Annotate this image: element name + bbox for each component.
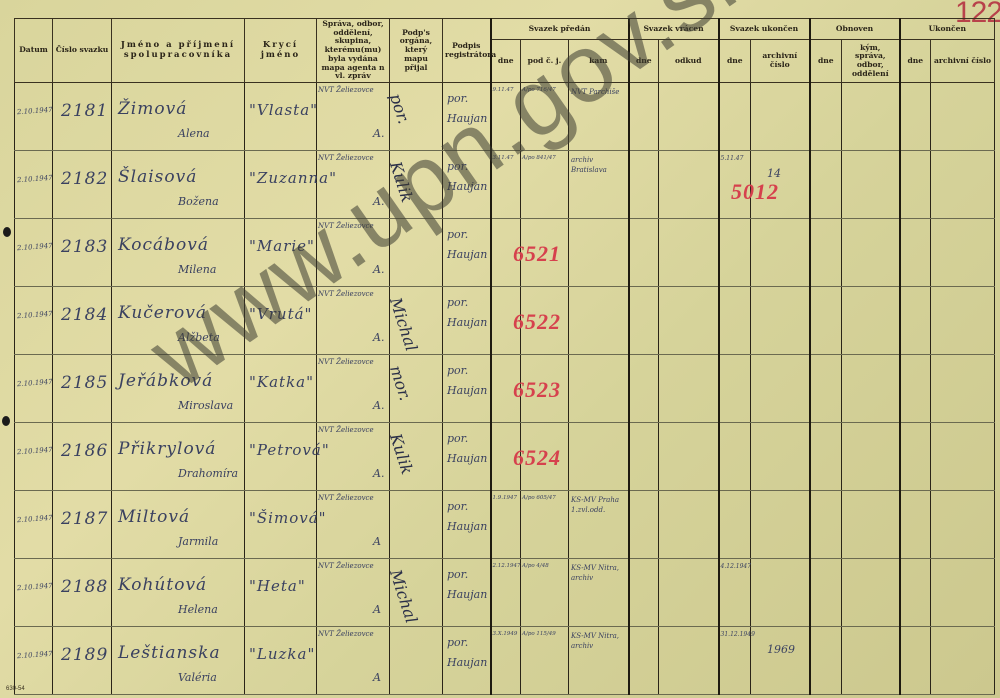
cell-vracen-odkud <box>659 423 719 491</box>
cell-podpis-organu: mor. <box>390 355 443 423</box>
red-stamp-number: 6521 <box>513 241 561 267</box>
datum-value: 2.10.1947 <box>17 242 53 252</box>
cell-podpis-organu <box>390 627 443 695</box>
registrator-value: por. Haujan <box>447 497 487 537</box>
cell-predan-kam <box>569 355 629 423</box>
punch-hole <box>2 416 10 426</box>
cell-ukoncen-dne: 31.12.1949 <box>719 627 751 695</box>
signature: Kulik <box>386 431 417 477</box>
header-svazek-predan: Svazek předán <box>491 19 629 40</box>
cell-predan-cj: 6523 <box>521 355 569 423</box>
cell-kryci: "Zuzanna" <box>245 151 317 219</box>
cell-ukoncen2-cislo <box>931 151 995 219</box>
ukoncen-dne-value: 5.11.47 <box>721 155 744 162</box>
header-ukoncen: Ukončen <box>900 19 995 40</box>
cell-jmeno: Přikrylová Drahomíra <box>112 423 245 491</box>
sprava-suffix: A. <box>373 331 384 344</box>
cell-vracen-odkud <box>659 355 719 423</box>
header-predan-dne: dne <box>491 40 521 83</box>
firstname-value: Jarmila <box>178 535 218 548</box>
cell-ukoncen2-cislo <box>931 219 995 287</box>
registrator-value: por. Haujan <box>447 157 487 197</box>
cell-obnoven-kym <box>842 559 900 627</box>
punch-hole <box>3 227 11 237</box>
cell-ukoncen2-dne <box>900 219 931 287</box>
datum-value: 2.10.1947 <box>17 514 53 524</box>
cell-jmeno: Kocábová Milena <box>112 219 245 287</box>
signature: mor. <box>386 363 415 403</box>
cell-jmeno: Kohútová Helena <box>112 559 245 627</box>
cell-podpis-organu: Michal <box>390 559 443 627</box>
cell-datum: 2.10.1947 <box>15 287 53 355</box>
header-jmeno: Jméno a příjmení spolupracovníka <box>112 19 245 83</box>
cell-predan-kam: KS-MV Nitra, archiv <box>569 627 629 695</box>
header-vracen-odkud: odkud <box>659 40 719 83</box>
predan-dne-value: 3.11.47 <box>493 155 514 161</box>
surname-value: Žimová <box>118 99 187 119</box>
predan-kam-value: KS-MV Nitra, archiv <box>571 631 627 651</box>
cell-obnoven-kym <box>842 83 900 151</box>
cell-registrator: por. Haujan <box>443 151 491 219</box>
cell-ukoncen-dne <box>719 423 751 491</box>
cell-obnoven-dne <box>810 151 842 219</box>
cell-vracen-dne <box>629 559 659 627</box>
cell-cislo: 2183 <box>53 219 112 287</box>
codename-value: "Vrutá" <box>249 305 312 323</box>
cell-ukoncen-dne <box>719 491 751 559</box>
cell-sprava: NVT Želiezovce A <box>317 559 390 627</box>
cell-ukoncen-cislo <box>751 559 810 627</box>
cell-predan-cj: 6524 <box>521 423 569 491</box>
header-ukoncen2-dne: dne <box>900 40 931 83</box>
sprava-suffix: A. <box>373 263 384 276</box>
cell-ukoncen-cislo: 14 <box>751 151 810 219</box>
sprava-suffix: A <box>373 603 381 616</box>
cislo-value: 2185 <box>61 373 108 393</box>
cell-ukoncen2-cislo <box>931 627 995 695</box>
cell-ukoncen-dne <box>719 219 751 287</box>
red-stamp-number: 6522 <box>513 309 561 335</box>
register-grid: Datum Číslo svazku Jméno a příjmení spol… <box>14 18 995 695</box>
cell-kryci: "Luzka" <box>245 627 317 695</box>
firstname-value: Valéria <box>178 671 217 684</box>
surname-value: Leštianska <box>118 643 221 663</box>
cell-datum: 2.10.1947 <box>15 151 53 219</box>
table-row: 2.10.1947 2188 Kohútová Helena "Heta" NV… <box>15 559 995 627</box>
surname-value: Šlaisová <box>118 167 197 187</box>
sprava-suffix: A. <box>373 467 384 480</box>
header-svazek-ukoncen: Svazek ukončen <box>719 19 810 40</box>
firstname-value: Božena <box>178 195 219 208</box>
datum-value: 2.10.1947 <box>17 174 53 184</box>
cell-vracen-odkud <box>659 287 719 355</box>
cell-obnoven-kym <box>842 219 900 287</box>
cell-cislo: 2186 <box>53 423 112 491</box>
cell-predan-cj: A/po 841/47 5012 <box>521 151 569 219</box>
registrator-value: por. Haujan <box>447 361 487 401</box>
table-row: 2.10.1947 2189 Leštianska Valéria "Luzka… <box>15 627 995 695</box>
cell-sprava: NVT Želiezovce A. <box>317 355 390 423</box>
cell-predan-cj: 6521 <box>521 219 569 287</box>
predan-kam-value: archiv Bratislava <box>571 155 627 175</box>
cell-obnoven-dne <box>810 355 842 423</box>
ukoncen-cislo-value: 1969 <box>767 643 795 656</box>
cell-registrator: por. Haujan <box>443 287 491 355</box>
cell-ukoncen-cislo <box>751 83 810 151</box>
cell-predan-cj: 6522 <box>521 287 569 355</box>
table-row: 2.10.1947 2187 Miltová Jarmila "Šimová" … <box>15 491 995 559</box>
datum-value: 2.10.1947 <box>17 378 53 388</box>
firstname-value: Alena <box>178 127 210 140</box>
predan-dne-value: 9.11.47 <box>493 87 514 93</box>
cell-datum: 2.10.1947 <box>15 627 53 695</box>
red-stamp-number: 6523 <box>513 377 561 403</box>
cell-ukoncen2-cislo <box>931 423 995 491</box>
cell-ukoncen-cislo <box>751 287 810 355</box>
cell-predan-dne: 1.9.1947 <box>491 491 521 559</box>
cell-jmeno: Šlaisová Božena <box>112 151 245 219</box>
cislo-value: 2189 <box>61 645 108 665</box>
cell-datum: 2.10.1947 <box>15 219 53 287</box>
datum-value: 2.10.1947 <box>17 310 53 320</box>
cell-ukoncen2-dne <box>900 491 931 559</box>
cell-registrator: por. Haujan <box>443 627 491 695</box>
cell-datum: 2.10.1947 <box>15 491 53 559</box>
firstname-value: Milena <box>178 263 216 276</box>
cell-sprava: NVT Želiezovce A. <box>317 83 390 151</box>
cell-sprava: NVT Želiezovce A. <box>317 423 390 491</box>
cell-ukoncen2-dne <box>900 83 931 151</box>
cell-datum: 2.10.1947 <box>15 559 53 627</box>
cell-datum: 2.10.1947 <box>15 83 53 151</box>
header-ukoncen-archivni-cislo: archivní číslo <box>751 40 810 83</box>
cell-jmeno: Kučerová Alžbeta <box>112 287 245 355</box>
cell-predan-cj: A/po 4/48 <box>521 559 569 627</box>
cell-predan-kam: NVT Parchiše <box>569 83 629 151</box>
cislo-value: 2186 <box>61 441 108 461</box>
cell-podpis-organu: Michal <box>390 287 443 355</box>
cell-kryci: "Katka" <box>245 355 317 423</box>
surname-value: Jeřábková <box>118 371 213 391</box>
signature: Michal <box>386 295 421 354</box>
cell-ukoncen2-cislo <box>931 287 995 355</box>
predan-cj-value: A/po 115/49 <box>522 631 556 637</box>
cell-vracen-dne <box>629 151 659 219</box>
predan-kam-value: KS-MV Praha 1.zvl.odd. <box>571 495 627 515</box>
header-vracen-dne: dne <box>629 40 659 83</box>
cell-ukoncen-dne <box>719 83 751 151</box>
datum-value: 2.10.1947 <box>17 582 53 592</box>
cell-sprava: NVT Želiezovce A. <box>317 151 390 219</box>
cell-kryci: "Vlasta" <box>245 83 317 151</box>
sprava-value: NVT Želiezovce <box>318 562 374 570</box>
cell-kryci: "Šimová" <box>245 491 317 559</box>
predan-cj-value: A/po 4/48 <box>522 563 549 569</box>
firstname-value: Alžbeta <box>178 331 220 344</box>
signature: Kulik <box>386 159 417 205</box>
registrator-value: por. Haujan <box>447 429 487 469</box>
cell-predan-kam: KS-MV Praha 1.zvl.odd. <box>569 491 629 559</box>
surname-value: Kocábová <box>118 235 209 255</box>
cell-cislo: 2187 <box>53 491 112 559</box>
cell-jmeno: Žimová Alena <box>112 83 245 151</box>
sprava-value: NVT Želiezovce <box>318 290 374 298</box>
header-svazek-vracen: Svazek vrácen <box>629 19 719 40</box>
cell-ukoncen2-cislo <box>931 491 995 559</box>
cell-predan-kam <box>569 423 629 491</box>
cell-datum: 2.10.1947 <box>15 355 53 423</box>
firstname-value: Miroslava <box>178 399 233 412</box>
sprava-value: NVT Želiezovce <box>318 494 374 502</box>
cell-ukoncen2-cislo <box>931 83 995 151</box>
cell-vracen-odkud <box>659 83 719 151</box>
ukoncen-dne-value: 4.12.1947 <box>721 563 752 570</box>
header-ukoncen2-archivni-cislo: archivní číslo <box>931 40 995 83</box>
table-row: 2.10.1947 2185 Jeřábková Miroslava "Katk… <box>15 355 995 423</box>
sprava-value: NVT Želiezovce <box>318 154 374 162</box>
cell-predan-dne: 3.11.47 <box>491 151 521 219</box>
table-row: 2.10.1947 2186 Přikrylová Drahomíra "Pet… <box>15 423 995 491</box>
datum-value: 2.10.1947 <box>17 106 53 116</box>
cell-obnoven-kym <box>842 491 900 559</box>
sprava-value: NVT Želiezovce <box>318 426 374 434</box>
predan-dne-value: 1.9.1947 <box>493 495 518 501</box>
cell-cislo: 2181 <box>53 83 112 151</box>
cell-cislo: 2185 <box>53 355 112 423</box>
header-cislo-svazku: Číslo svazku <box>53 19 112 83</box>
sprava-value: NVT Želiezovce <box>318 86 374 94</box>
cell-obnoven-kym <box>842 627 900 695</box>
cell-vracen-odkud <box>659 151 719 219</box>
cislo-value: 2181 <box>61 101 108 121</box>
cell-vracen-dne <box>629 491 659 559</box>
sprava-suffix: A <box>373 535 381 548</box>
cell-jmeno: Miltová Jarmila <box>112 491 245 559</box>
cell-predan-kam <box>569 219 629 287</box>
cell-ukoncen2-dne <box>900 423 931 491</box>
cell-kryci: "Marie" <box>245 219 317 287</box>
signature: Michal <box>386 567 421 626</box>
predan-cj-value: A/po 716/47 <box>522 87 556 93</box>
cell-registrator: por. Haujan <box>443 83 491 151</box>
cislo-value: 2188 <box>61 577 108 597</box>
codename-value: "Šimová" <box>249 509 327 527</box>
cell-predan-cj: A/po 605/47 <box>521 491 569 559</box>
cell-obnoven-dne <box>810 83 842 151</box>
cell-ukoncen-cislo <box>751 423 810 491</box>
cell-registrator: por. Haujan <box>443 491 491 559</box>
cell-predan-dne: 2.12.1947 <box>491 559 521 627</box>
cell-podpis-organu: por. <box>390 83 443 151</box>
sprava-value: NVT Želiezovce <box>318 630 374 638</box>
cell-vracen-dne <box>629 627 659 695</box>
cell-vracen-dne <box>629 423 659 491</box>
cell-sprava: NVT Želiezovce A. <box>317 287 390 355</box>
header-datum: Datum <box>15 19 53 83</box>
codename-value: "Katka" <box>249 373 314 391</box>
datum-value: 2.10.1947 <box>17 446 53 456</box>
header-obnoven-kym: kým, správa, odbor, oddělení <box>842 40 900 83</box>
cell-registrator: por. Haujan <box>443 423 491 491</box>
surname-value: Miltová <box>118 507 190 527</box>
cell-ukoncen-dne: 4.12.1947 <box>719 559 751 627</box>
surname-value: Přikrylová <box>118 439 216 459</box>
cell-obnoven-dne <box>810 423 842 491</box>
red-stamp-number: 6524 <box>513 445 561 471</box>
cell-obnoven-kym <box>842 423 900 491</box>
registrator-value: por. Haujan <box>447 565 487 605</box>
cell-ukoncen-dne <box>719 355 751 423</box>
cell-podpis-organu <box>390 219 443 287</box>
header-obnoven: Obnoven <box>810 19 900 40</box>
codename-value: "Marie" <box>249 237 315 255</box>
cell-vracen-dne <box>629 219 659 287</box>
cell-obnoven-dne <box>810 559 842 627</box>
surname-value: Kučerová <box>118 303 207 323</box>
cell-predan-cj: A/po 716/47 <box>521 83 569 151</box>
cell-ukoncen2-cislo <box>931 559 995 627</box>
cell-ukoncen-cislo: 1969 <box>751 627 810 695</box>
cell-predan-kam <box>569 287 629 355</box>
cell-vracen-dne <box>629 287 659 355</box>
cislo-value: 2182 <box>61 169 108 189</box>
header-podpis-organu: Podp's orgána, který mapu přijal <box>390 19 443 83</box>
sprava-value: NVT Želiezovce <box>318 358 374 366</box>
sprava-suffix: A. <box>373 195 384 208</box>
cell-datum: 2.10.1947 <box>15 423 53 491</box>
cell-podpis-organu: Kulik <box>390 151 443 219</box>
cell-ukoncen2-dne <box>900 627 931 695</box>
codename-value: "Vlasta" <box>249 101 318 119</box>
cell-predan-dne: 9.11.47 <box>491 83 521 151</box>
registrator-value: por. Haujan <box>447 225 487 265</box>
cell-vracen-dne <box>629 83 659 151</box>
cell-vracen-odkud <box>659 559 719 627</box>
table-row: 2.10.1947 2183 Kocábová Milena "Marie" N… <box>15 219 995 287</box>
sprava-suffix: A <box>373 671 381 684</box>
registrator-value: por. Haujan <box>447 633 487 673</box>
form-code: 630-54 <box>6 686 25 692</box>
header-sprava: Správa, odbor, oddělení, skupina, kterém… <box>317 19 390 83</box>
cislo-value: 2187 <box>61 509 108 529</box>
cell-ukoncen2-dne <box>900 287 931 355</box>
cell-predan-cj: A/po 115/49 <box>521 627 569 695</box>
cell-ukoncen-cislo <box>751 491 810 559</box>
cell-obnoven-dne <box>810 491 842 559</box>
header-obnoven-dne: dne <box>810 40 842 83</box>
cell-cislo: 2188 <box>53 559 112 627</box>
cell-predan-kam: KS-MV Nitra, archiv <box>569 559 629 627</box>
cell-sprava: NVT Želiezovce A <box>317 491 390 559</box>
cell-registrator: por. Haujan <box>443 355 491 423</box>
sprava-value: NVT Želiezovce <box>318 222 374 230</box>
header-predan-pod-cj: pod č. j. <box>521 40 569 83</box>
cell-sprava: NVT Želiezovce A. <box>317 219 390 287</box>
sprava-suffix: A. <box>373 399 384 412</box>
predan-cj-value: A/po 841/47 <box>522 155 556 161</box>
cell-ukoncen2-cislo <box>931 355 995 423</box>
table-row: 2.10.1947 2184 Kučerová Alžbeta "Vrutá" … <box>15 287 995 355</box>
cell-obnoven-kym <box>842 287 900 355</box>
cell-obnoven-dne <box>810 287 842 355</box>
predan-kam-value: KS-MV Nitra, archiv <box>571 563 627 583</box>
cell-obnoven-kym <box>842 355 900 423</box>
cell-vracen-odkud <box>659 627 719 695</box>
cell-vracen-odkud <box>659 491 719 559</box>
table-row: 2.10.1947 2182 Šlaisová Božena "Zuzanna"… <box>15 151 995 219</box>
cell-jmeno: Leštianska Valéria <box>112 627 245 695</box>
cell-predan-kam: archiv Bratislava <box>569 151 629 219</box>
cell-kryci: "Heta" <box>245 559 317 627</box>
cell-ukoncen-dne: 5.11.47 <box>719 151 751 219</box>
predan-dne-value: 2.12.1947 <box>493 563 521 569</box>
cell-ukoncen2-dne <box>900 151 931 219</box>
cell-obnoven-dne <box>810 219 842 287</box>
ledger-table: Datum Číslo svazku Jméno a příjmení spol… <box>14 18 994 688</box>
header-podpis-registratora: Podpis registrátora <box>443 19 491 83</box>
cell-cislo: 2182 <box>53 151 112 219</box>
cell-registrator: por. Haujan <box>443 559 491 627</box>
cell-ukoncen2-dne <box>900 559 931 627</box>
cell-sprava: NVT Želiezovce A <box>317 627 390 695</box>
datum-value: 2.10.1947 <box>17 650 53 660</box>
signature: por. <box>386 91 414 126</box>
cell-kryci: "Vrutá" <box>245 287 317 355</box>
cell-obnoven-dne <box>810 627 842 695</box>
cislo-value: 2184 <box>61 305 108 325</box>
cell-vracen-dne <box>629 355 659 423</box>
firstname-value: Helena <box>178 603 218 616</box>
cell-podpis-organu <box>390 491 443 559</box>
cell-cislo: 2184 <box>53 287 112 355</box>
registrator-value: por. Haujan <box>447 89 487 129</box>
header-predan-kam: kam <box>569 40 629 83</box>
cell-kryci: "Petrová" <box>245 423 317 491</box>
cell-podpis-organu: Kulik <box>390 423 443 491</box>
cell-cislo: 2189 <box>53 627 112 695</box>
table-row: 2.10.1947 2181 Žimová Alena "Vlasta" NVT… <box>15 83 995 151</box>
codename-value: "Heta" <box>249 577 306 595</box>
cell-jmeno: Jeřábková Miroslava <box>112 355 245 423</box>
cislo-value: 2183 <box>61 237 108 257</box>
ukoncen-cislo-value: 14 <box>767 167 781 180</box>
cell-vracen-odkud <box>659 219 719 287</box>
cell-registrator: por. Haujan <box>443 219 491 287</box>
predan-cj-value: A/po 605/47 <box>522 495 556 501</box>
predan-dne-value: 3.X.1949 <box>493 631 518 637</box>
cell-ukoncen2-dne <box>900 355 931 423</box>
registrator-value: por. Haujan <box>447 293 487 333</box>
header-kryci-jmeno: Krycí jméno <box>245 19 317 83</box>
cell-ukoncen-cislo <box>751 219 810 287</box>
sprava-suffix: A. <box>373 127 384 140</box>
codename-value: "Luzka" <box>249 645 315 663</box>
surname-value: Kohútová <box>118 575 207 595</box>
firstname-value: Drahomíra <box>178 467 238 480</box>
predan-kam-value: NVT Parchiše <box>571 87 627 97</box>
cell-obnoven-kym <box>842 151 900 219</box>
cell-ukoncen-dne <box>719 287 751 355</box>
cell-predan-dne: 3.X.1949 <box>491 627 521 695</box>
cell-ukoncen-cislo <box>751 355 810 423</box>
header-ukoncen-dne: dne <box>719 40 751 83</box>
